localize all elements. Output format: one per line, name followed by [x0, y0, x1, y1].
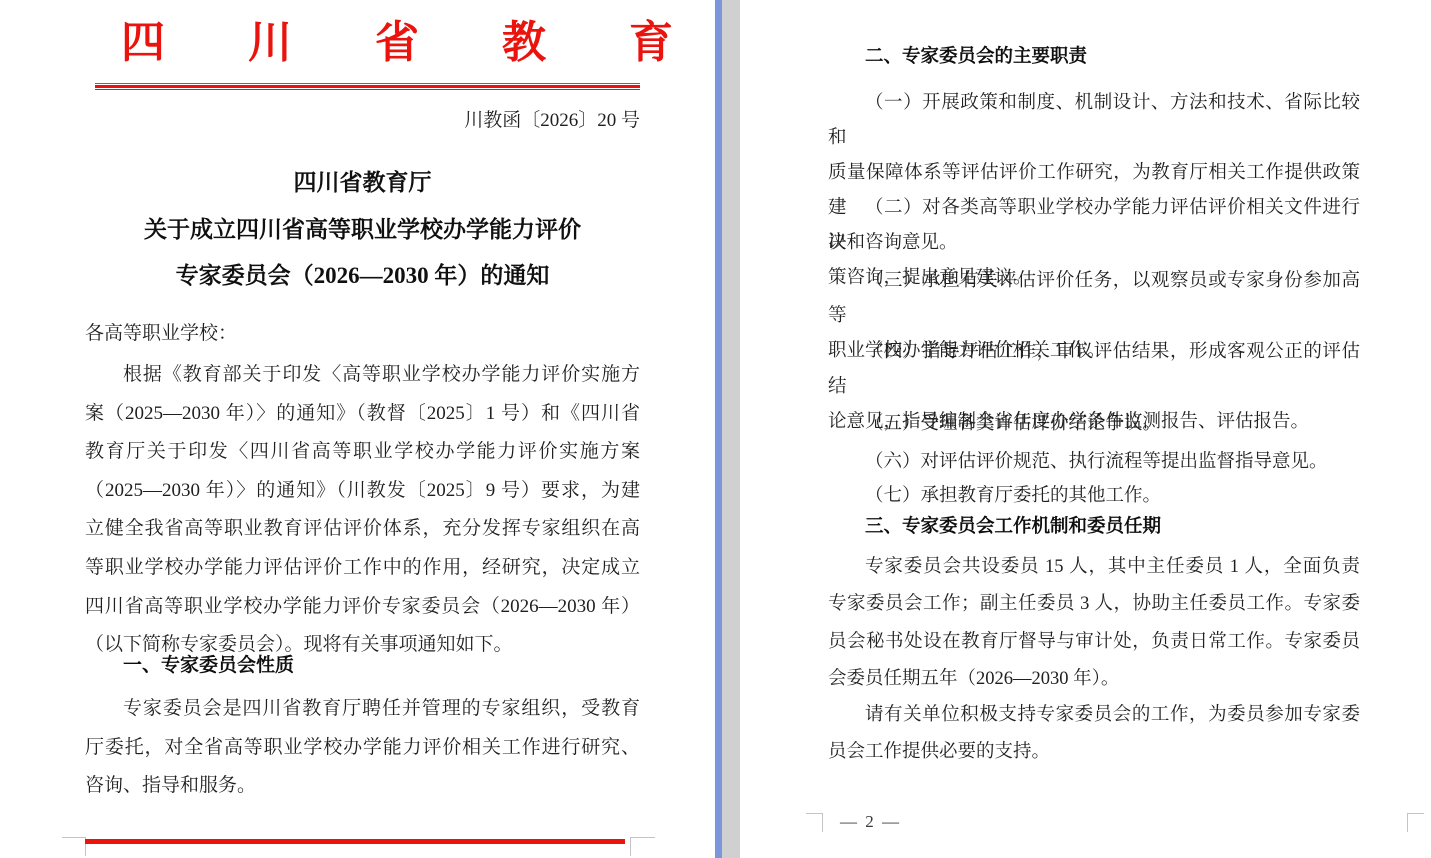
text-line: （七）承担教育厅委托的其他工作。 — [828, 479, 1360, 514]
text-line: 教育厅关于印发〈四川省高等职业学校办学能力评价实施方案 — [85, 433, 640, 472]
text-line: （五）受理各类评估评价结论争议。 — [828, 407, 1360, 442]
duty-item-5: （五）受理各类评估评价结论争议。 — [828, 407, 1360, 442]
document-viewer: 四 川 省 教 育 厅 川教函〔2026〕20 号 四川省教育厅 关于成立四川省… — [0, 0, 1431, 858]
text-line: 员会工作提供必要的支持。 — [828, 734, 1360, 771]
text-line: 专家委员会工作；副主任委员 3 人，协助主任委员工作。专家委 — [828, 586, 1360, 623]
page-split-blue-line — [715, 0, 722, 858]
page-number: — 2 — — [840, 812, 901, 832]
text-line: 咨询、指导和服务。 — [85, 767, 640, 806]
salutation: 各高等职业学校： — [85, 318, 640, 345]
paragraph-support: 请有关单位积极支持专家委员会的工作，为委员参加专家委员会工作提供必要的支持。 — [828, 697, 1360, 772]
text-line: 立健全我省高等职业教育评估评价体系，充分发挥专家组织在高 — [85, 510, 640, 549]
document-title-line: 专家委员会（2026—2030 年）的通知 — [85, 253, 640, 300]
text-line: 专家委员会共设委员 15 人，其中主任委员 1 人，全面负责 — [828, 549, 1360, 586]
text-line: （二）对各类高等职业学校办学能力评估评价相关文件进行决 — [828, 191, 1360, 261]
text-line: （一）开展政策和制度、机制设计、方法和技术、省际比较和 — [828, 86, 1360, 156]
text-line: 专家委员会是四川省教育厅聘任并管理的专家组织，受教育 — [85, 690, 640, 729]
margin-mark-bottom-left — [62, 837, 86, 856]
text-line: 案（2025—2030 年）〉的通知》（教督〔2025〕1 号）和《四川省 — [85, 395, 640, 434]
section-2-heading: 二、专家委员会的主要职责 — [828, 42, 1360, 68]
document-page-1[interactable]: 四 川 省 教 育 厅 川教函〔2026〕20 号 四川省教育厅 关于成立四川省… — [0, 0, 713, 858]
text-line: （四）指导评估工作，审议评估结果，形成客观公正的评估结 — [828, 335, 1360, 405]
text-line: 四川省高等职业学校办学能力评价专家委员会（2026—2030 年） — [85, 588, 640, 627]
text-line: 等职业学校办学能力评估评价工作中的作用，经研究，决定成立 — [85, 549, 640, 588]
text-line: 厅委托，对全省高等职业学校办学能力评价相关工作进行研究、 — [85, 729, 640, 768]
duty-item-6: （六）对评估评价规范、执行流程等提出监督指导意见。 — [828, 445, 1360, 480]
text-line: 请有关单位积极支持专家委员会的工作，为委员参加专家委 — [828, 697, 1360, 734]
margin-mark-bottom-right — [630, 837, 655, 856]
agency-header-red-title: 四 川 省 教 育 厅 — [85, 16, 640, 70]
document-title: 四川省教育厅 关于成立四川省高等职业学校办学能力评价 专家委员会（2026—20… — [85, 160, 640, 300]
paragraph-intro: 根据《教育部关于印发〈高等职业学校办学能力评价实施方案（2025—2030 年）… — [85, 356, 640, 665]
text-line: （三）承担有关评估评价任务，以观察员或专家身份参加高等 — [828, 264, 1360, 334]
text-line: （六）对评估评价规范、执行流程等提出监督指导意见。 — [828, 445, 1360, 480]
margin-mark-bottom-left — [806, 813, 823, 832]
paragraph-committee-nature: 专家委员会是四川省教育厅聘任并管理的专家组织，受教育厅委托，对全省高等职业学校办… — [85, 690, 640, 806]
text-line: 会委员任期五年（2026—2030 年）。 — [828, 661, 1360, 698]
document-title-line: 关于成立四川省高等职业学校办学能力评价 — [85, 207, 640, 254]
text-line: （2025—2030 年）〉的通知》（川教发〔2025〕9 号）要求，为建 — [85, 472, 640, 511]
text-line: 根据《教育部关于印发〈高等职业学校办学能力评价实施方 — [85, 356, 640, 395]
paragraph-mechanism: 专家委员会共设委员 15 人，其中主任委员 1 人，全面负责专家委员会工作；副主… — [828, 549, 1360, 699]
document-title-line: 四川省教育厅 — [85, 160, 640, 207]
text-line: 员会秘书处设在教育厅督导与审计处，负责日常工作。专家委员 — [828, 624, 1360, 661]
duty-item-7: （七）承担教育厅委托的其他工作。 — [828, 479, 1360, 514]
section-1-heading: 一、专家委员会性质 — [85, 650, 640, 677]
red-header-rule — [95, 83, 640, 90]
red-footer-rule — [85, 839, 625, 844]
document-number: 川教函〔2026〕20 号 — [85, 108, 640, 134]
document-page-2[interactable]: 二、专家委员会的主要职责 （一）开展政策和制度、机制设计、方法和技术、省际比较和… — [740, 0, 1431, 858]
section-3-heading: 三、专家委员会工作机制和委员任期 — [828, 512, 1360, 538]
page-gap-background — [722, 0, 740, 858]
margin-mark-bottom-right — [1407, 813, 1424, 832]
